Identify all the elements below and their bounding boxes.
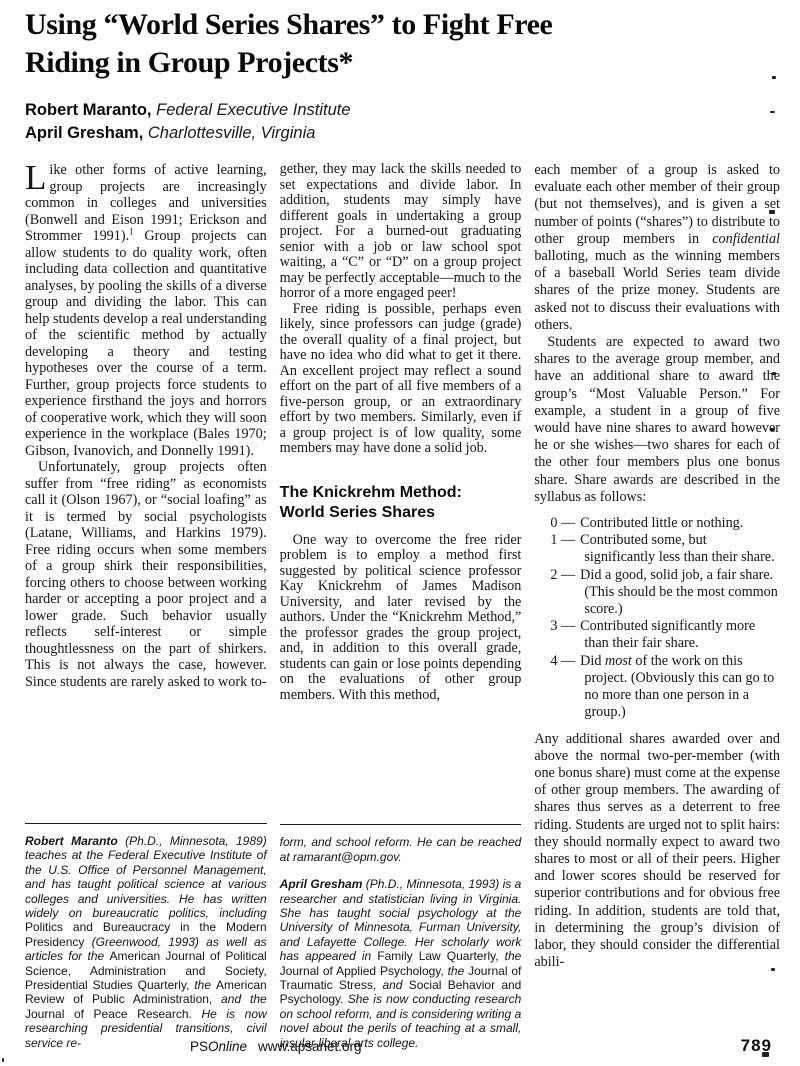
column-2: gether, they may lack the skills needed …	[280, 162, 522, 1050]
body-paragraph: each member of a group is asked to evalu…	[534, 162, 780, 334]
bio-paragraph: form, and school reform. He can be reach…	[280, 835, 522, 864]
body-paragraph: Unfortunately, group projects often suff…	[25, 459, 267, 690]
body-paragraph: Like other forms of active learning, gro…	[25, 162, 267, 459]
column-1: Like other forms of active learning, gro…	[25, 162, 267, 1050]
list-item-number: 4 —	[550, 653, 575, 669]
list-item-number: 0 —	[550, 515, 575, 531]
body-paragraph: Free riding is possible, perhaps even li…	[280, 302, 522, 457]
journal-url: www.apsanet.org	[258, 1039, 362, 1054]
scan-artifact	[769, 210, 775, 214]
article-columns: Like other forms of active learning, gro…	[25, 162, 780, 1050]
author-bio-note: Robert Maranto (Ph.D., Minnesota, 1989) …	[25, 823, 267, 1050]
scan-artifact	[762, 1052, 769, 1057]
author-name: April Gresham,	[25, 124, 143, 142]
section-heading: The Knickrehm Method: World Series Share…	[280, 483, 522, 523]
list-item: 0 —Contributed little or nothing.	[537, 515, 780, 532]
list-item-text: Did a good, solid job, a fair share. (Th…	[580, 567, 778, 617]
list-item-text: Did most of the work on this project. (O…	[580, 653, 774, 721]
list-item: 2 —Did a good, solid job, a fair share. …	[537, 567, 780, 619]
scan-artifact	[770, 428, 775, 431]
author-line: April Gresham, Charlottesville, Virginia	[25, 122, 770, 145]
author-bio-note: form, and school reform. He can be reach…	[280, 824, 522, 1050]
list-item-number: 1 —	[550, 532, 575, 548]
scan-artifact	[771, 968, 775, 971]
share-awards-list: 0 —Contributed little or nothing. 1 —Con…	[537, 515, 780, 721]
list-item-text: Contributed little or nothing.	[580, 515, 743, 531]
list-item-number: 2 —	[550, 567, 575, 583]
article-title: Using “World Series Shares” to Fight Fre…	[25, 6, 770, 82]
list-item-text: Contributed some, but significantly less…	[580, 532, 774, 565]
body-paragraph: Students are expected to award two share…	[534, 334, 780, 506]
body-paragraph: One way to overcome the free rider probl…	[280, 533, 522, 704]
article-title-line-2: Riding in Group Projects*	[25, 44, 770, 82]
scan-artifact	[770, 111, 775, 113]
author-affiliation: Federal Executive Institute	[156, 101, 350, 119]
list-item: 1 —Contributed some, but significantly l…	[537, 532, 780, 566]
bio-paragraph: Robert Maranto (Ph.D., Minnesota, 1989) …	[25, 834, 267, 1050]
byline-block: Robert Maranto, Federal Executive Instit…	[25, 99, 770, 145]
page-footer: PSOnline www.apsanet.org 789	[0, 1036, 800, 1056]
section-heading-line-1: The Knickrehm Method:	[280, 483, 522, 503]
author-line: Robert Maranto, Federal Executive Instit…	[25, 99, 770, 122]
author-affiliation: Charlottesville, Virginia	[148, 124, 316, 142]
list-item: 3 —Contributed significantly more than t…	[537, 618, 780, 652]
column-3: each member of a group is asked to evalu…	[534, 162, 780, 1050]
article-title-line-1: Using “World Series Shares” to Fight Fre…	[25, 6, 770, 44]
author-name: Robert Maranto,	[25, 101, 152, 119]
journal-name: PSOnline	[190, 1039, 247, 1054]
scan-artifact	[772, 76, 776, 79]
journal-page: Using “World Series Shares” to Fight Fre…	[0, 0, 800, 1066]
list-item: 4 —Did most of the work on this project.…	[537, 653, 780, 722]
list-item-number: 3 —	[550, 618, 575, 634]
scan-artifact	[772, 372, 776, 375]
paragraph-text: ike other forms of active learning, grou…	[25, 162, 267, 459]
body-paragraph: gether, they may lack the skills needed …	[280, 162, 522, 302]
section-heading-line-2: World Series Shares	[280, 503, 522, 523]
scan-artifact	[2, 1058, 4, 1062]
bio-paragraph: April Gresham (Ph.D., Minnesota, 1993) i…	[280, 877, 522, 1050]
article-header: Using “World Series Shares” to Fight Fre…	[0, 0, 800, 145]
body-paragraph: Any additional shares awarded over and a…	[534, 731, 780, 972]
dropcap: L	[25, 162, 49, 192]
list-item-text: Contributed significantly more than thei…	[580, 618, 755, 651]
